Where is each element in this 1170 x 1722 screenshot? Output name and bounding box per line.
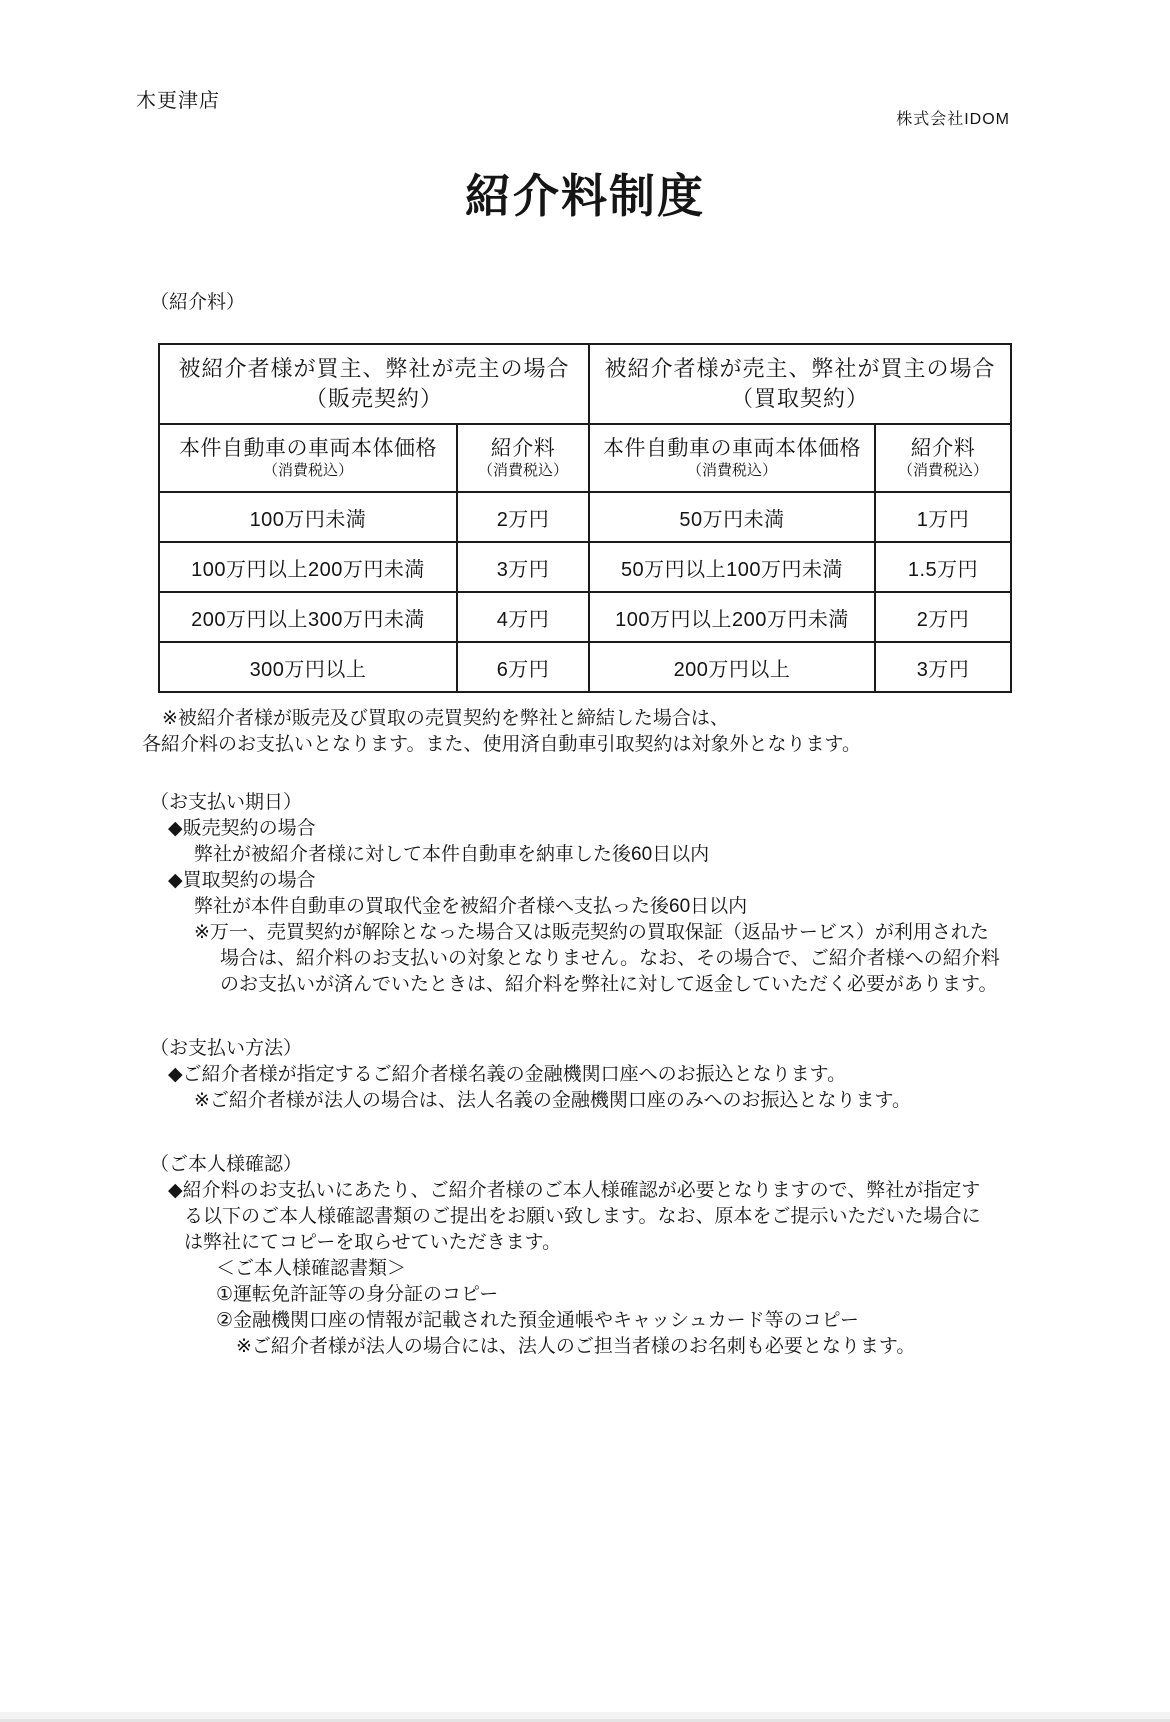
text-line: る以下のご本人様確認書類のご提出をお願い致します。なお、原本をご提示いただいた場… <box>150 1204 980 1230</box>
table-cell: 3万円 <box>457 542 589 592</box>
column-header-title: 紹介料 <box>458 436 588 462</box>
table-column-header-row: 本件自動車の車両本体価格 （消費税込） 紹介料 （消費税込） 本件自動車の車両本… <box>159 424 1011 492</box>
page-title: 紹介料制度 <box>0 160 1170 226</box>
footnote-line: ※被紹介者様が販売及び買取の売買契約を弊社と締結した場合は、 <box>142 706 861 732</box>
table-cell: 100万円以上200万円未満 <box>589 592 875 642</box>
table-cell: 4万円 <box>457 592 589 642</box>
column-header-note: （消費税込） <box>590 462 874 480</box>
text-line: ◆ご紹介者様が指定するご紹介者様名義の金融機関口座へのお振込となります。 <box>150 1062 911 1088</box>
table-cell: 2万円 <box>457 492 589 542</box>
text-line: のお支払いが済んでいたときは、紹介料を弊社に対して返金していただく必要があります… <box>150 972 1000 998</box>
document-page: 木更津店 株式会社IDOM 紹介料制度 （紹介料） 被紹介者様が買主、弊社が売主… <box>0 0 1170 1722</box>
text-line: 弊社が本件自動車の買取代金を被紹介者様へ支払った後60日以内 <box>150 894 1000 920</box>
section-label: （お支払い期日） <box>150 790 1000 816</box>
table-row: 300万円以上 6万円 200万円以上 3万円 <box>159 642 1011 692</box>
table-row: 200万円以上300万円未満 4万円 100万円以上200万円未満 2万円 <box>159 592 1011 642</box>
table-cell: 100万円以上200万円未満 <box>159 542 457 592</box>
table-row: 100万円未満 2万円 50万円未満 1万円 <box>159 492 1011 542</box>
column-header-note: （消費税込） <box>876 462 1010 480</box>
table-cell: 300万円以上 <box>159 642 457 692</box>
column-header-purchase-fee: 紹介料 （消費税込） <box>875 424 1011 492</box>
footnote-line: 各紹介料のお支払いとなります。また、使用済自動車引取契約は対象外となります。 <box>142 732 861 758</box>
table-group-header-row: 被紹介者様が買主、弊社が売主の場合 （販売契約） 被紹介者様が売主、弊社が買主の… <box>159 344 1011 424</box>
text-line: ◆買取契約の場合 <box>150 868 1000 894</box>
text-line: 場合は、紹介料のお支払いの対象となりません。なお、その場合で、ご紹介者様への紹介… <box>150 946 1000 972</box>
table-cell: 3万円 <box>875 642 1011 692</box>
section-label: （お支払い方法） <box>150 1036 911 1062</box>
group-header-sale-line1: 被紹介者様が買主、弊社が売主の場合 <box>160 354 588 384</box>
payment-date-section: （お支払い期日） ◆販売契約の場合 弊社が被紹介者様に対して本件自動車を納車した… <box>150 790 1000 998</box>
group-header-purchase-line2: （買取契約） <box>590 384 1010 414</box>
column-header-title: 紹介料 <box>876 436 1010 462</box>
table-row: 100万円以上200万円未満 3万円 50万円以上100万円未満 1.5万円 <box>159 542 1011 592</box>
identity-verification-section: （ご本人様確認） ◆紹介料のお支払いにあたり、ご紹介者様のご本人様確認が必要とな… <box>150 1152 980 1360</box>
table-cell: 200万円以上 <box>589 642 875 692</box>
column-header-purchase-price: 本件自動車の車両本体価格 （消費税込） <box>589 424 875 492</box>
payment-method-section: （お支払い方法） ◆ご紹介者様が指定するご紹介者様名義の金融機関口座へのお振込と… <box>150 1036 911 1114</box>
column-header-sale-fee: 紹介料 （消費税込） <box>457 424 589 492</box>
column-header-sale-price: 本件自動車の車両本体価格 （消費税込） <box>159 424 457 492</box>
table-cell: 2万円 <box>875 592 1011 642</box>
text-line: ②金融機関口座の情報が記載された預金通帳やキャッシュカード等のコピー <box>150 1308 980 1334</box>
group-header-sale-line2: （販売契約） <box>160 384 588 414</box>
table-cell: 6万円 <box>457 642 589 692</box>
table-cell: 1.5万円 <box>875 542 1011 592</box>
table-cell: 200万円以上300万円未満 <box>159 592 457 642</box>
text-line: ※万一、売買契約が解除となった場合又は販売契約の買取保証（返品サービス）が利用さ… <box>150 920 1000 946</box>
column-header-note: （消費税込） <box>160 462 456 480</box>
text-line: ＜ご本人様確認書類＞ <box>150 1256 980 1282</box>
text-line: ◆販売契約の場合 <box>150 816 1000 842</box>
group-header-purchase-line1: 被紹介者様が売主、弊社が買主の場合 <box>590 354 1010 384</box>
group-header-purchase: 被紹介者様が売主、弊社が買主の場合 （買取契約） <box>589 344 1011 424</box>
text-line: 弊社が被紹介者様に対して本件自動車を納車した後60日以内 <box>150 842 1000 868</box>
company-name: 株式会社IDOM <box>0 106 1010 129</box>
table-cell: 100万円未満 <box>159 492 457 542</box>
table-footnote: ※被紹介者様が販売及び買取の売買契約を弊社と締結した場合は、 各紹介料のお支払い… <box>142 706 861 758</box>
referral-fee-table: 被紹介者様が買主、弊社が売主の場合 （販売契約） 被紹介者様が売主、弊社が買主の… <box>158 343 1012 693</box>
table-cell: 1万円 <box>875 492 1011 542</box>
column-header-note: （消費税込） <box>458 462 588 480</box>
page-bottom-edge <box>0 1712 1170 1722</box>
text-line: ※ご紹介者様が法人の場合には、法人のご担当者様のお名刺も必要となります。 <box>150 1334 980 1360</box>
group-header-sale: 被紹介者様が買主、弊社が売主の場合 （販売契約） <box>159 344 589 424</box>
text-line: は弊社にてコピーを取らせていただきます。 <box>150 1230 980 1256</box>
column-header-title: 本件自動車の車両本体価格 <box>590 436 874 462</box>
text-line: ◆紹介料のお支払いにあたり、ご紹介者様のご本人様確認が必要となりますので、弊社が… <box>150 1178 980 1204</box>
column-header-title: 本件自動車の車両本体価格 <box>160 436 456 462</box>
table-cell: 50万円以上100万円未満 <box>589 542 875 592</box>
section-label: （ご本人様確認） <box>150 1152 980 1178</box>
fee-section-label: （紹介料） <box>150 287 245 314</box>
table-cell: 50万円未満 <box>589 492 875 542</box>
text-line: ※ご紹介者様が法人の場合は、法人名義の金融機関口座のみへのお振込となります。 <box>150 1088 911 1114</box>
text-line: ①運転免許証等の身分証のコピー <box>150 1282 980 1308</box>
